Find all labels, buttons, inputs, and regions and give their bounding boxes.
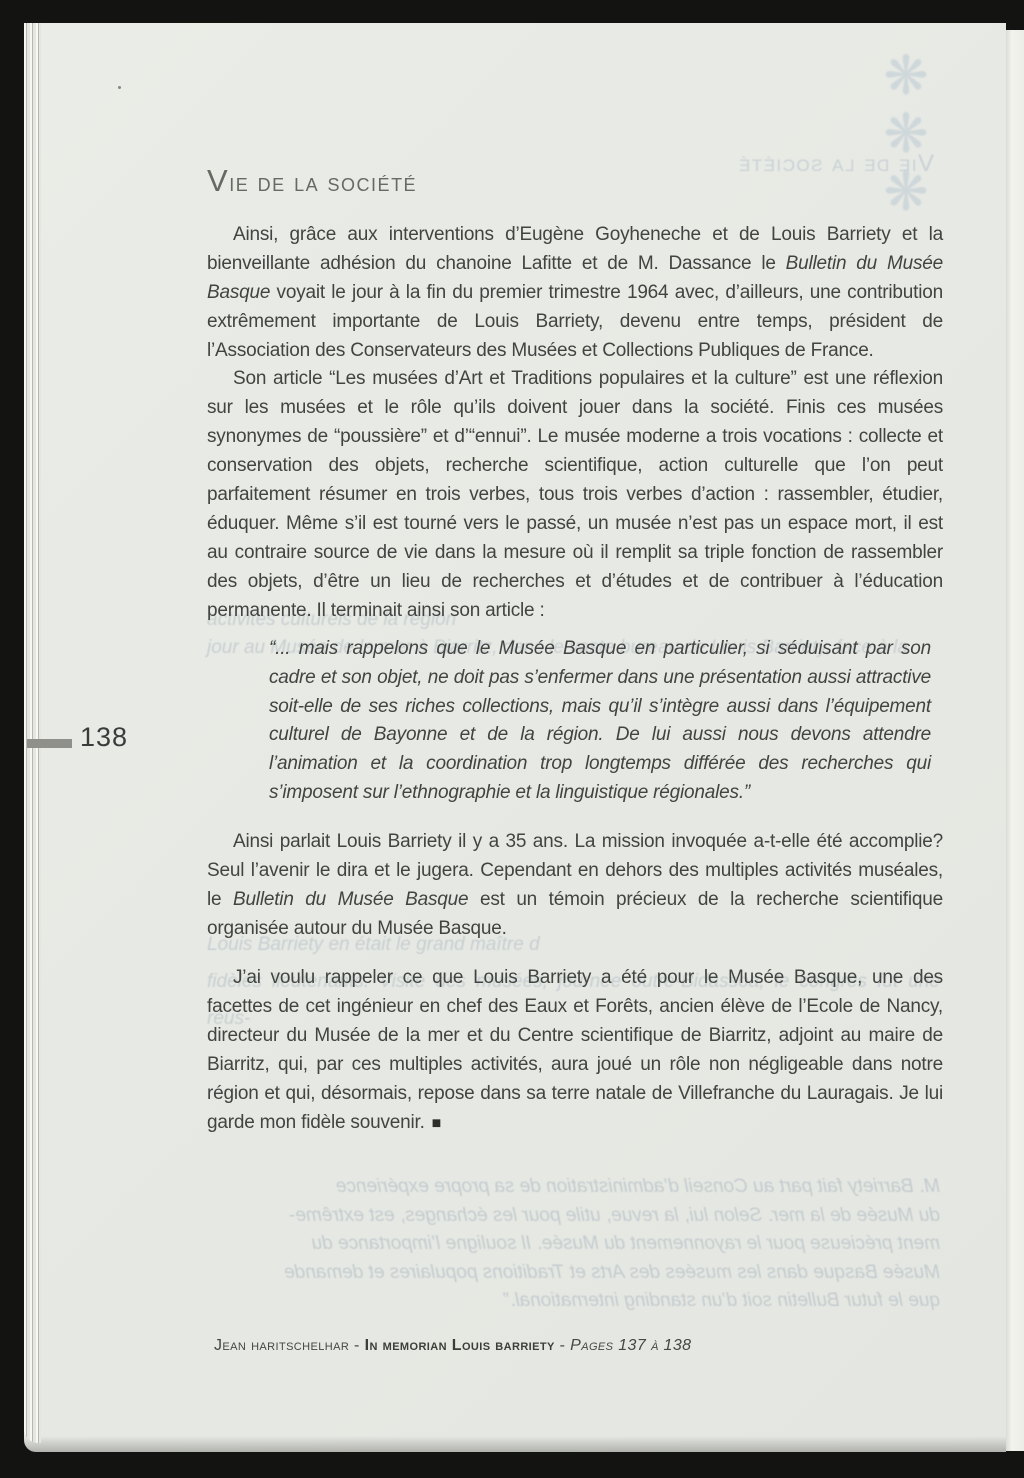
chapter-header: Vie de la société: [207, 163, 417, 199]
paragraph-4: J’ai voulu rappeler ce que Louis Barriet…: [207, 963, 943, 1138]
ghost-line: Musée Basque dans les musées des Arts et…: [214, 1259, 940, 1288]
ornament-motif-icon: ❋: [883, 47, 928, 105]
ornament-bleed-icon: ❋ ❋ ❋: [879, 47, 933, 221]
ghost-text-block-mirrored: M. Barriety fait part au Conseil d’admin…: [214, 1173, 940, 1316]
paragraph-1: Ainsi, grâce aux interventions d’Eugène …: [207, 220, 943, 365]
paper-speck: [118, 86, 121, 89]
footer-article-title: In memorian Louis barriety: [365, 1337, 555, 1354]
journal-title-italic: Bulletin du Musée Basque: [233, 889, 468, 910]
footer-separator: -: [349, 1337, 364, 1354]
paragraph-2: Son article “Les musées d’Art et Traditi…: [207, 364, 943, 625]
page-number-tab: [27, 739, 72, 748]
footer-separator: -: [555, 1337, 570, 1354]
paragraph-text: Son article “Les musées d’Art et Traditi…: [207, 368, 943, 621]
paragraph-text: voyait le jour à la fin du premier trime…: [207, 282, 943, 361]
paragraph-3: Ainsi parlait Louis Barriety il y a 35 a…: [207, 827, 943, 943]
quote-text: “... mais rappelons que le Musée Basque …: [269, 638, 931, 803]
ghost-line: du Musée de la mer. Selon lui, la revue,…: [214, 1202, 940, 1231]
footer-author: Jean haritschelhar: [214, 1337, 349, 1354]
ghost-chapter-header: Vie de la société: [569, 150, 934, 178]
book-page: ❋ ❋ ❋ Vie de la société Vie de la sociét…: [24, 23, 1006, 1452]
page-number: 138: [80, 722, 128, 753]
end-of-article-mark: ■: [425, 1115, 442, 1132]
ghost-line: que le futur Bulletin soit d’un standing…: [214, 1287, 940, 1316]
running-footer: Jean haritschelhar - In memorian Louis b…: [214, 1337, 691, 1355]
underlying-page-edge: [1005, 30, 1024, 1451]
ghost-line: M. Barriety fait part au Conseil d’admin…: [214, 1173, 940, 1202]
paragraph-text: J’ai voulu rappeler ce que Louis Barriet…: [207, 967, 943, 1133]
ghost-line: ment précieuse pour le rayonnement du Mu…: [214, 1230, 940, 1259]
footer-page-range: Pages 137 à 138: [570, 1337, 691, 1354]
scanned-book-photo: ❋ ❋ ❋ Vie de la société Vie de la sociét…: [0, 0, 1024, 1478]
block-quote: “... mais rappelons que le Musée Basque …: [269, 635, 931, 808]
page-stack-edge: [24, 23, 41, 1443]
